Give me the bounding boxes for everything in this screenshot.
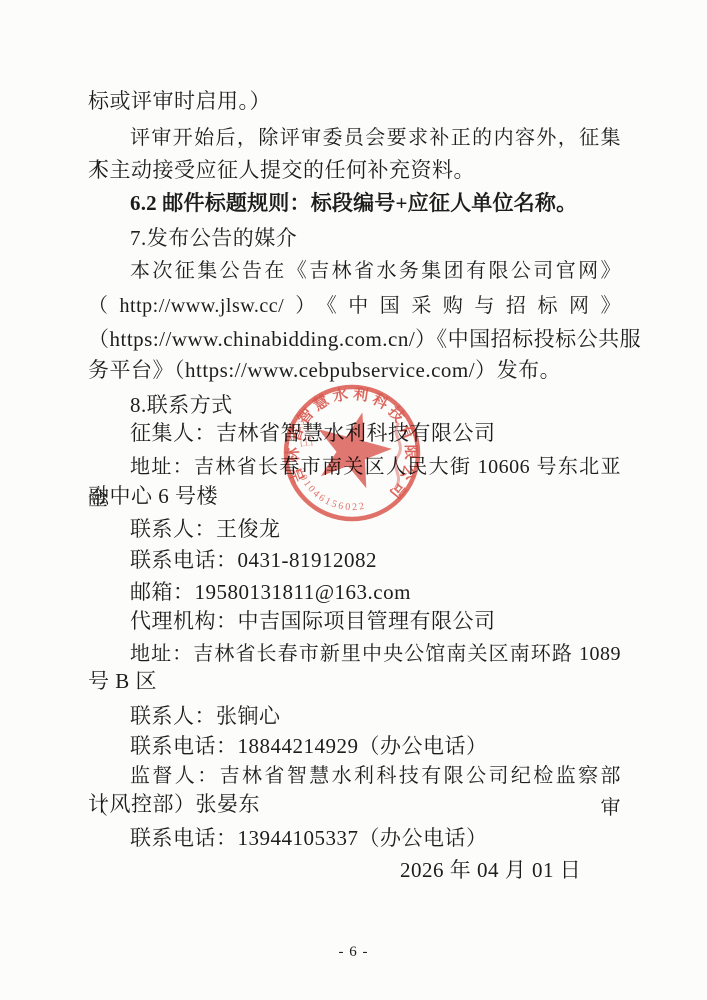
- page-number: - 6 -: [0, 941, 707, 963]
- contact-phone-line: 联系电话：13944105337（办公电话）: [88, 822, 621, 854]
- email-title-rule-heading: 6.2 邮件标题规则：标段编号+应征人单位名称。: [88, 187, 621, 219]
- publish-media-heading: 7.发布公告的媒介: [88, 222, 621, 254]
- address-line: 号 B 区: [88, 665, 621, 697]
- doc-line: 不主动接受应征人提交的任何补充资料。: [88, 154, 621, 186]
- supervisor-line: 计风控部）张晏东: [88, 788, 621, 820]
- document-page: 标或评审时启用。） 评审开始后，除评审委员会要求补正的内容外，征集人 不主动接受…: [0, 0, 707, 1000]
- doc-line: 本次征集公告在《吉林省水务集团有限公司官网》: [88, 255, 621, 287]
- contact-phone-line: 联系电话：18844214929（办公电话）: [88, 730, 621, 762]
- doc-line-url: （https://www.chinabidding.com.cn/）《中国招标投…: [88, 323, 621, 355]
- contact-person-line: 联系人：张锏心: [88, 700, 621, 732]
- company-seal: 吉林省智慧水利科技有限公司 201046156022 吉出: [277, 380, 427, 530]
- contact-phone-line: 联系电话：0431-81912082: [88, 544, 621, 576]
- doc-line-url: （http://www.jlsw.cc/）《中国采购与招标网》: [88, 290, 621, 322]
- agency-line: 代理机构：中吉国际项目管理有限公司: [88, 605, 621, 637]
- seal-star-icon: [319, 412, 392, 488]
- doc-line: 评审开始后，除评审委员会要求补正的内容外，征集人: [88, 122, 621, 154]
- contact-email-line: 邮箱：19580131811@163.com: [88, 576, 621, 608]
- doc-line: 标或评审时启用。）: [88, 85, 621, 117]
- document-date: 2026 年 04 月 01 日: [88, 854, 621, 886]
